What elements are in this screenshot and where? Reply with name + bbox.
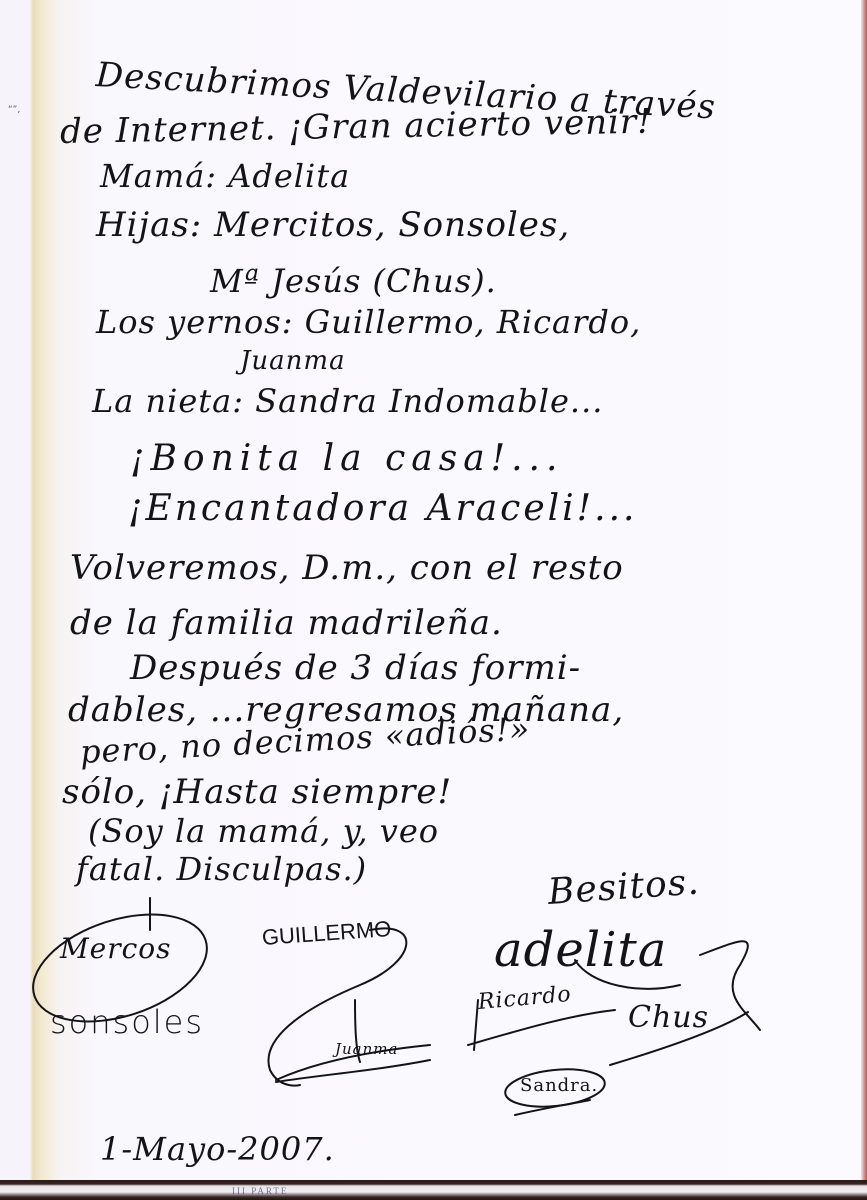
- signature-sandra: Sandra.: [520, 1075, 598, 1096]
- signature-sonsoles: sonsoles: [50, 1003, 204, 1041]
- signature-chus: Chus: [628, 1000, 709, 1035]
- signature-mercos: Mercos: [60, 932, 172, 965]
- signature-juanma: Juanma: [335, 1040, 398, 1058]
- entry-date: 1-Mayo-2007.: [100, 1130, 335, 1168]
